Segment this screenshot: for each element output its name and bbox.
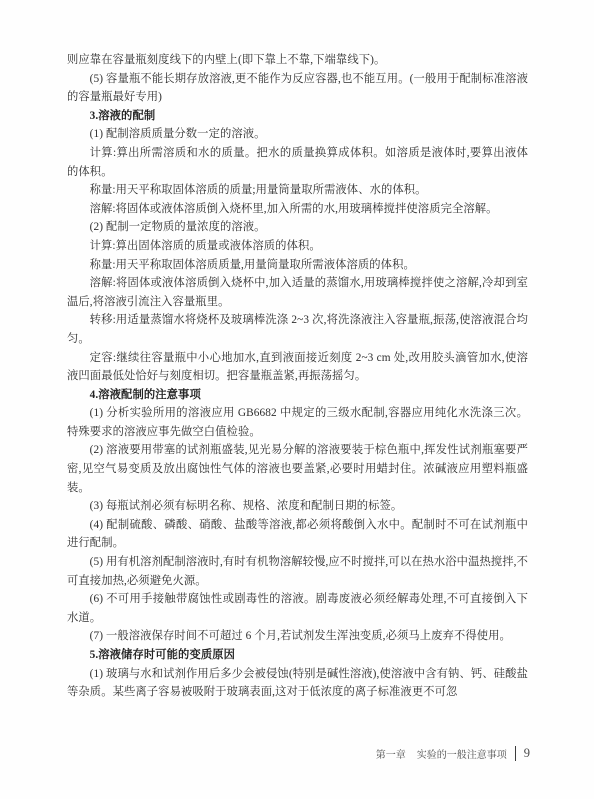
section-heading: 4.溶液配制的注意事项	[67, 386, 528, 405]
page-number: 9	[524, 746, 530, 761]
document-page: 则应靠在容量瓶刻度线下的内壁上(即下靠上不靠,下端靠线下)。(5) 容量瓶不能长…	[0, 0, 594, 799]
paragraph: 转移:用适量蒸馏水将烧杯及玻璃棒洗涤 2~3 次,将洗涤液注入容量瓶,振荡,使溶…	[67, 311, 528, 348]
paragraph: (6) 不可用手接触带腐蚀性或剧毒性的溶液。剧毒废液必须经解毒处理,不可直接倒入…	[67, 590, 528, 627]
paragraph: (1) 配制溶质质量分数一定的溶液。	[67, 125, 528, 144]
paragraph: (5) 用有机溶剂配制溶液时,有时有机物溶解较慢,应不时搅拌,可以在热水浴中温热…	[67, 553, 528, 590]
document-body: 则应靠在容量瓶刻度线下的内壁上(即下靠上不靠,下端靠线下)。(5) 容量瓶不能长…	[67, 51, 528, 702]
paragraph: (2) 溶液要用带塞的试剂瓶盛装,见光易分解的溶液要装于棕色瓶中,挥发性试剂瓶塞…	[67, 441, 528, 497]
section-heading: 5.溶液储存时可能的变质原因	[67, 646, 528, 665]
paragraph: 溶解:将固体或液体溶质倒入烧杯里,加入所需的水,用玻璃棒搅拌使溶质完全溶解。	[67, 200, 528, 219]
paragraph: (7) 一般溶液保存时间不可超过 6 个月,若试剂发生浑浊变质,必须马上废弃不得…	[67, 627, 528, 646]
paragraph: 计算:算出固体溶质的质量或液体溶质的体积。	[67, 237, 528, 256]
footer-chapter-label: 第一章	[376, 746, 406, 761]
paragraph: (2) 配制一定物质的量浓度的溶液。	[67, 218, 528, 237]
paragraph: (5) 容量瓶不能长期存放溶液,更不能作为反应容器,也不能互用。(一般用于配制标…	[67, 70, 528, 107]
paragraph: 称量:用天平称取固体溶质质量,用量筒量取所需液体溶质的体积。	[67, 256, 528, 275]
paragraph: (3) 每瓶试剂必须有标明名称、规格、浓度和配制日期的标签。	[67, 497, 528, 516]
footer-divider	[515, 746, 516, 761]
paragraph: 则应靠在容量瓶刻度线下的内壁上(即下靠上不靠,下端靠线下)。	[67, 51, 528, 70]
paragraph: 计算:算出所需溶质和水的质量。把水的质量换算成体积。如溶质是液体时,要算出液体的…	[67, 144, 528, 181]
paragraph: 溶解:将固体或液体溶质倒入烧杯中,加入适量的蒸馏水,用玻璃棒搅拌使之溶解,冷却到…	[67, 274, 528, 311]
paragraph: (1) 分析实验所用的溶液应用 GB6682 中规定的三级水配制,容器应用纯化水…	[67, 404, 528, 441]
paragraph: (4) 配制硫酸、磷酸、硝酸、盐酸等溶液,都必须将酸倒入水中。配制时不可在试剂瓶…	[67, 516, 528, 553]
footer-section-label: 实验的一般注意事项	[417, 746, 507, 761]
section-heading: 3.溶液的配制	[67, 107, 528, 126]
paragraph: (1) 玻璃与水和试剂作用后多少会被侵蚀(特别是碱性溶液),使溶液中含有钠、钙、…	[67, 665, 528, 702]
paragraph: 定容:继续往容量瓶中小心地加水,直到液面接近刻度 2~3 cm 处,改用胶头滴管…	[67, 349, 528, 386]
paragraph: 称量:用天平称取固体溶质的质量;用量筒量取所需液体、水的体积。	[67, 181, 528, 200]
page-footer: 第一章 实验的一般注意事项 9	[376, 746, 530, 761]
